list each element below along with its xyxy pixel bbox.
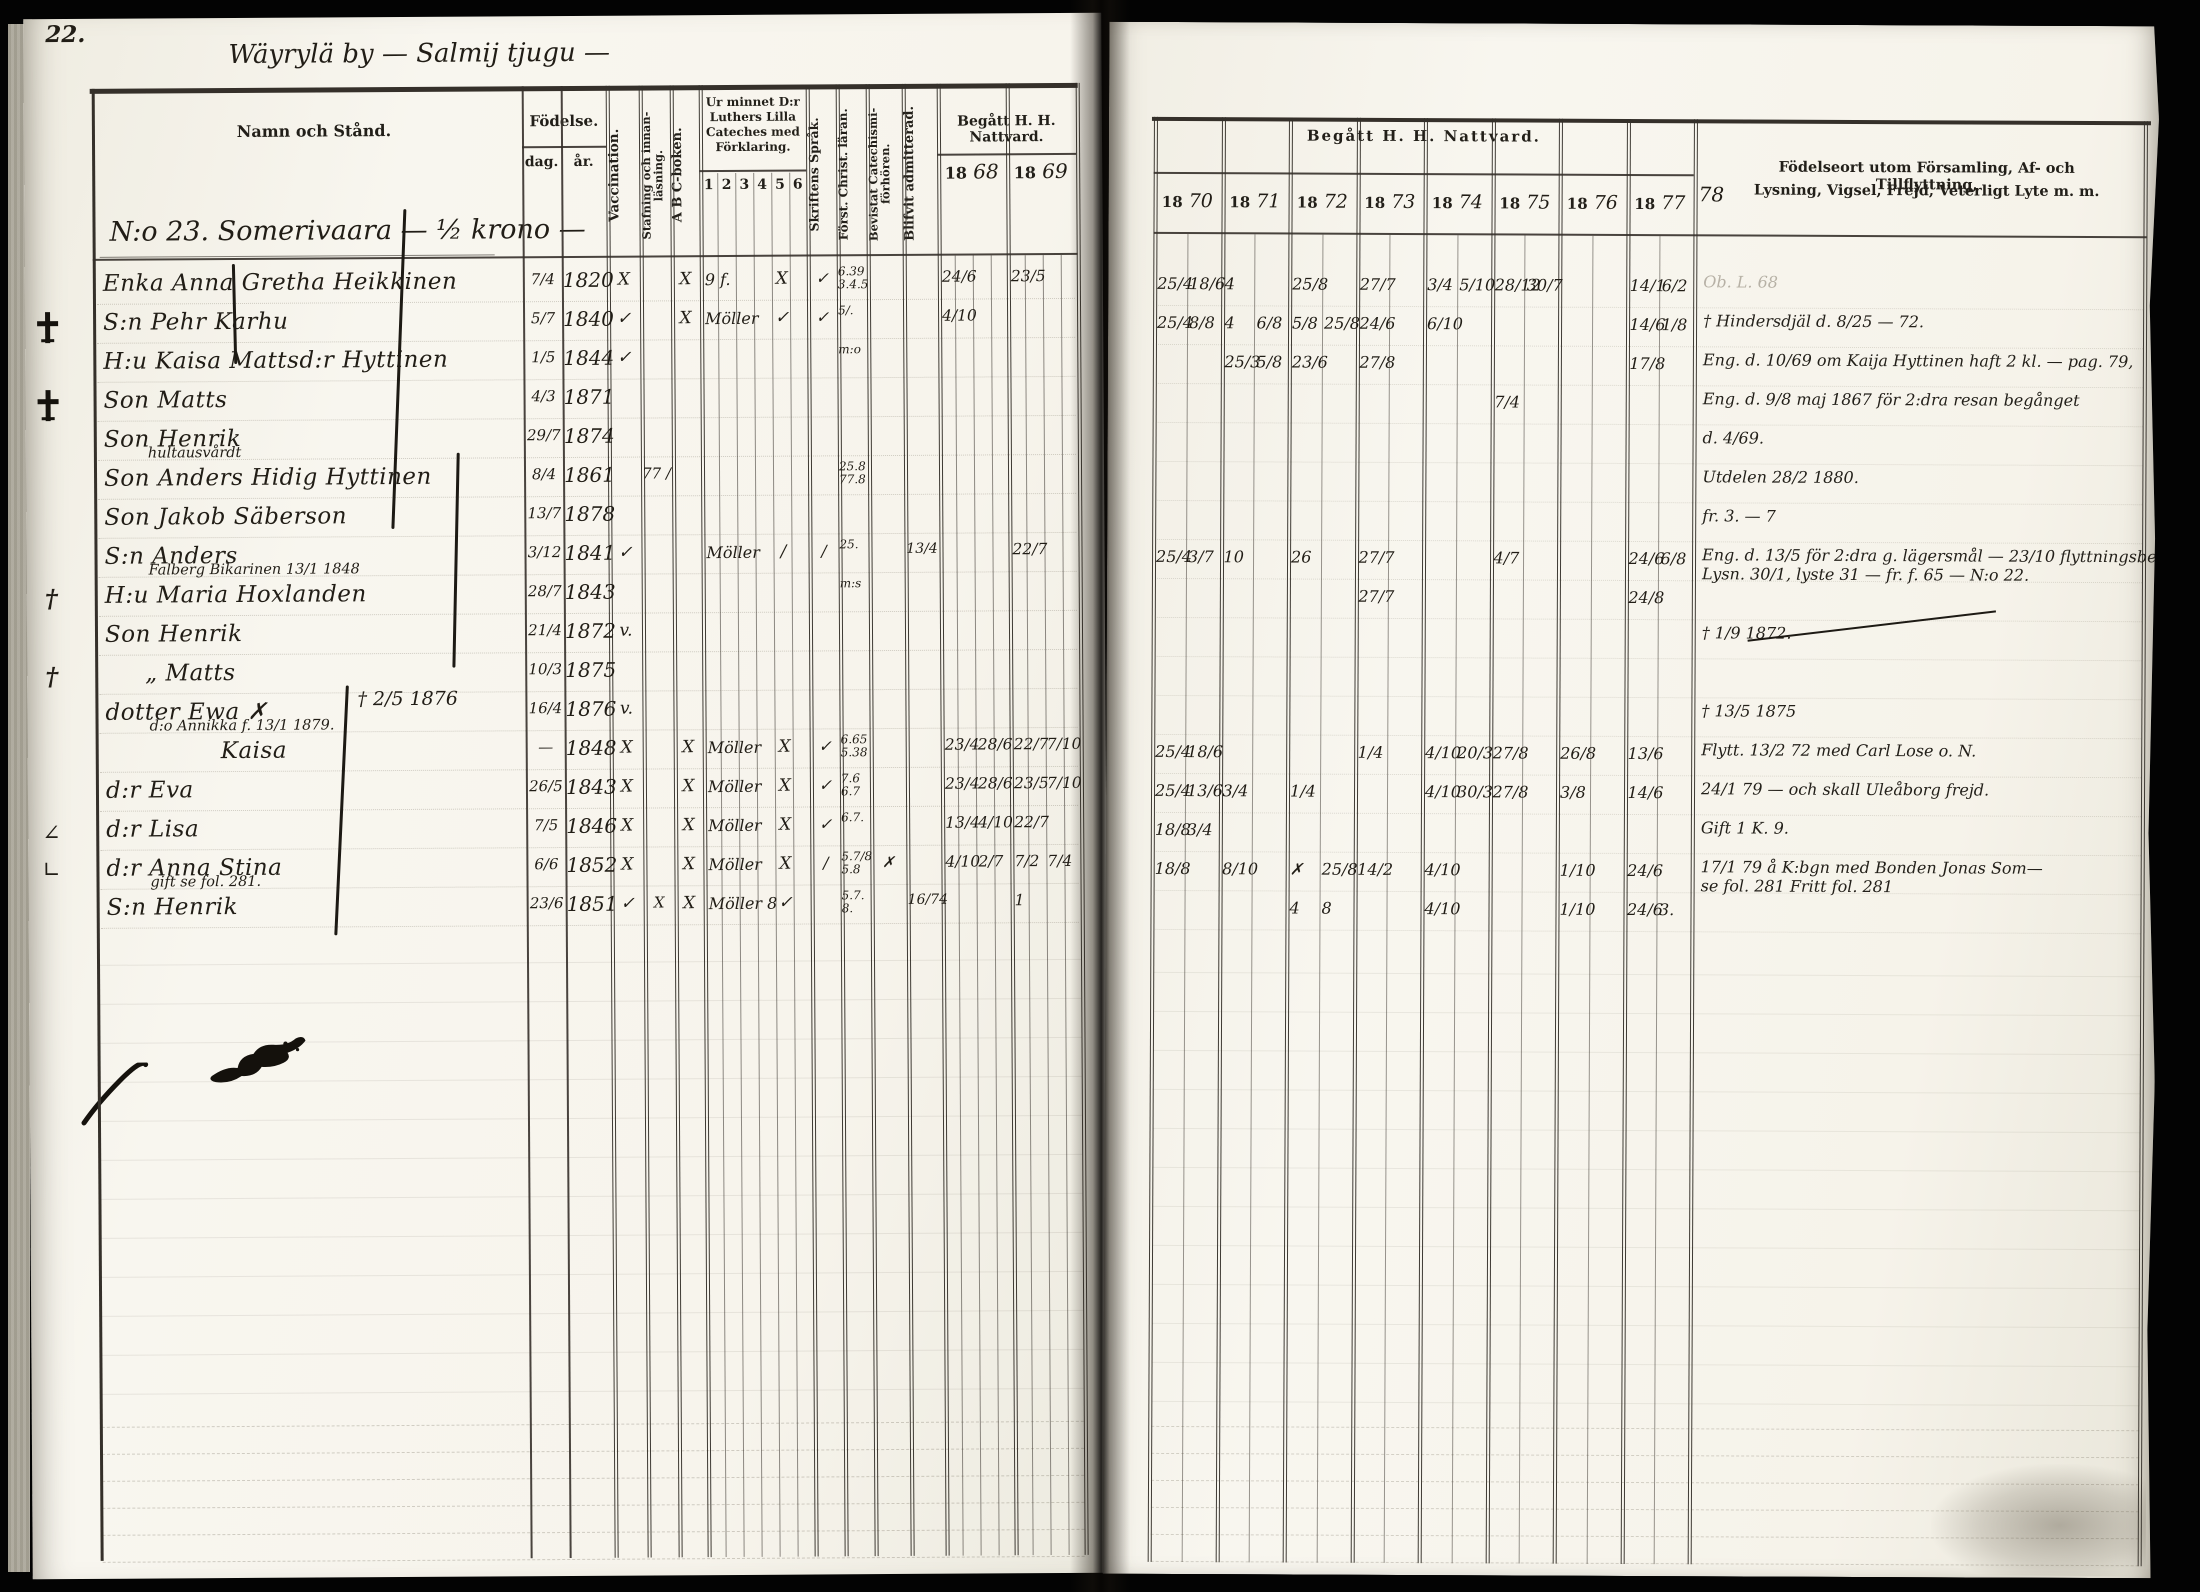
spelling-mark: 77 / xyxy=(641,464,672,482)
row-separator xyxy=(1156,773,2141,778)
communion-mark-1870: 18/8 xyxy=(1155,859,1191,878)
note-line: Eng. d. 10/69 om Kaija Hyttinen haft 2 k… xyxy=(1703,350,2134,371)
margin-cross-icon: † xyxy=(45,662,58,691)
scanned-parish-register: 22. Wäyrylä by — Salmij tjugu — Namn och… xyxy=(0,0,2200,1592)
communion-mark-1876: 1/10 xyxy=(1560,861,1596,880)
communion-mark-1869: 23/5 xyxy=(1014,774,1049,792)
entry-name: H:u Maria Hoxlanden xyxy=(105,581,367,609)
year-1868: 18 68 xyxy=(937,159,1006,183)
communion-mark-1874: 4/10 xyxy=(1424,899,1460,918)
vaccination-mark: X xyxy=(609,270,639,290)
entry-name-secondary: gift se fol. 281. xyxy=(150,874,261,891)
note-line: se fol. 281 Fritt fol. 281 xyxy=(1701,876,1894,896)
right-year-1872: 18 72 xyxy=(1289,191,1357,213)
communion-mark-1870: 25/4 xyxy=(1155,742,1191,761)
communion-mark-1877: 24/8 xyxy=(1628,588,1664,607)
row-separator xyxy=(1156,734,2141,739)
doctrine-grade: 6.65 5.38 xyxy=(841,733,871,758)
faint-rule xyxy=(102,1448,1084,1455)
right-year-part: 77 xyxy=(1655,192,1685,214)
row-separator xyxy=(97,298,1075,305)
communion-mark-1869: 7/4 xyxy=(1047,852,1072,870)
birth-year: 1846 xyxy=(566,814,610,838)
right-year-part: 18 xyxy=(1499,194,1520,212)
column-line xyxy=(991,255,1000,1555)
catechism-mark: Möller xyxy=(708,816,761,835)
margin-corner-icon: ∟ xyxy=(42,858,61,883)
abc-mark: X xyxy=(674,815,703,835)
note-line: Eng. d. 13/5 för 2:dra g. lägersmål — 23… xyxy=(1702,545,2159,566)
scripture-mark: ✓ xyxy=(808,307,837,326)
admitted-mark: 16/74 xyxy=(908,892,941,908)
faint-rule xyxy=(102,1388,1084,1395)
rule-line xyxy=(1153,232,2146,238)
communion-mark-1868: 4/10 xyxy=(978,813,1013,831)
communion-mark-1872: 4 xyxy=(1289,899,1299,918)
entry-name: Son Matts xyxy=(103,387,227,414)
vaccination-mark: v. xyxy=(611,621,641,641)
faint-rule xyxy=(103,1556,1085,1563)
communion-mark-1875: 4/7 xyxy=(1494,548,1520,567)
row-separator xyxy=(1157,656,2142,661)
communion-mark-1869: 22/7 xyxy=(1014,735,1049,753)
communion-mark-1873: 27/7 xyxy=(1359,548,1395,567)
folio-number: 22. xyxy=(45,21,85,48)
faint-rule xyxy=(102,1475,1084,1482)
row-separator xyxy=(100,805,1078,812)
row-separator xyxy=(1158,305,2143,310)
catechism-col-3: 3 xyxy=(736,177,753,193)
handwritten-title: Wäyrylä by — Salmij tjugu — xyxy=(228,38,610,70)
entry-name: Son Henrik xyxy=(105,621,243,648)
rule-line xyxy=(90,83,1078,94)
birth-day: 21/4 xyxy=(527,621,563,639)
communion-mark-1868: 23/4 xyxy=(945,735,980,753)
birth-day: 16/4 xyxy=(527,699,563,717)
faint-rule xyxy=(1152,1284,2140,1289)
doctrine-grade: 25. xyxy=(839,538,869,551)
communion-mark-1869: 22/7 xyxy=(1012,540,1047,558)
right-year-part: 75 xyxy=(1520,192,1550,214)
scripture-mark: ✓ xyxy=(808,268,837,287)
abc-mark: X xyxy=(674,737,703,757)
right-year-part: 18 xyxy=(1162,193,1183,211)
catechism-mark: Möller xyxy=(708,738,761,757)
communion-mark-1871: 10 xyxy=(1224,547,1244,566)
faint-rule xyxy=(103,1529,1085,1536)
communion-mark-1877: 3. xyxy=(1659,900,1674,919)
birth-day: 6/6 xyxy=(528,855,564,873)
doctrine-grade: 25.8 77.8 xyxy=(839,460,869,485)
communion-mark-1868: 13/4 xyxy=(945,813,980,831)
doctrine-grade: 6.39 3.4.5 xyxy=(838,265,868,290)
communion-mark-1875: 30/7 xyxy=(1527,276,1563,295)
communion-mark-1876: 26/8 xyxy=(1560,744,1596,763)
catechism-col5-mark: X xyxy=(776,815,794,835)
faint-rule xyxy=(1152,1362,2140,1367)
note-line: 24/1 79 — och skall Uleåborg frejd. xyxy=(1701,779,1989,799)
abc-mark: X xyxy=(671,269,700,289)
communion-mark-1871: 25/3 xyxy=(1224,352,1260,371)
row-separator xyxy=(98,532,1076,539)
row-separator xyxy=(1158,422,2143,427)
communion-mark-1870: 3/4 xyxy=(1187,820,1213,839)
birth-day: 13/7 xyxy=(526,504,562,522)
birth-day: 7/4 xyxy=(525,270,561,288)
birth-day: 1/5 xyxy=(525,348,561,366)
right-year-part: 76 xyxy=(1588,192,1618,214)
entry-name: S:n Pehr Karhu xyxy=(103,309,288,336)
right-year-1874: 18 74 xyxy=(1424,191,1492,213)
faint-rule xyxy=(101,1349,1083,1356)
catechism-col5-mark: X xyxy=(776,776,794,796)
paper-smudge xyxy=(1931,1463,2146,1576)
faint-rule xyxy=(101,1310,1083,1317)
row-separator xyxy=(1157,539,2142,544)
birth-day: 8/4 xyxy=(526,465,562,483)
communion-mark-1877: 17/8 xyxy=(1629,354,1665,373)
communion-mark-1873: 14/2 xyxy=(1357,860,1393,879)
communion-mark-1872: 25/8 xyxy=(1324,314,1360,333)
communion-mark-1873: 27/7 xyxy=(1360,275,1396,294)
faint-rule xyxy=(101,1271,1083,1278)
note-line: Utdelen 28/2 1880. xyxy=(1702,467,1859,487)
right-year-part: 18 xyxy=(1634,195,1655,213)
doctrine-grade: 6.7. xyxy=(841,811,871,824)
communion-mark-1873: 27/7 xyxy=(1358,587,1394,606)
birth-year: 1878 xyxy=(564,502,608,526)
margin-cross-icon: † xyxy=(45,584,58,613)
column-line xyxy=(1025,255,1034,1555)
note-line: Eng. d. 9/8 maj 1867 för 2:dra resan beg… xyxy=(1703,389,2080,410)
right-year-1877: 18 77 xyxy=(1626,192,1694,214)
faint-rule xyxy=(100,1115,1082,1122)
left-page: 22. Wäyrylä by — Salmij tjugu — Namn och… xyxy=(23,13,1111,1580)
right-year-part: 71 xyxy=(1250,190,1280,212)
column-line xyxy=(1061,255,1070,1555)
communion-mark-1871: 6/8 xyxy=(1257,313,1283,332)
scripture-mark: / xyxy=(811,853,840,872)
communion-mark-1871: 5/8 xyxy=(1256,352,1282,371)
communion-mark-1872: 25/8 xyxy=(1292,275,1328,294)
communion-mark-1868: 23/4 xyxy=(945,774,980,792)
crossing-stroke xyxy=(452,453,459,668)
catechism-col5-mark: X xyxy=(776,854,794,874)
communion-mark-1872: 1/4 xyxy=(1290,782,1316,801)
column-line xyxy=(955,256,964,1556)
communion-mark-1872: ✗ xyxy=(1290,860,1303,879)
communion-mark-1869: 22/7 xyxy=(1014,813,1049,831)
faint-rule xyxy=(100,1154,1082,1161)
right-year-part: 18 xyxy=(1567,195,1588,213)
communion-mark-1870: 25/4 xyxy=(1157,313,1193,332)
entry-death-note: † 2/5 1876 xyxy=(357,688,458,711)
catechism-mark: Möller xyxy=(706,543,759,562)
entry-name-secondary: hultausvårdt xyxy=(148,445,242,462)
faint-rule xyxy=(1153,1089,2141,1094)
right-page: Begått H. H. Nattvard. Födelseort utom F… xyxy=(1103,22,2160,1579)
communion-mark-1875: 27/8 xyxy=(1493,743,1529,762)
note-line: 17/1 79 å K:bgn med Bonden Jonas Som— xyxy=(1701,857,2043,877)
communion-mark-1874: 6/10 xyxy=(1427,314,1463,333)
communion-mark-1874: 5/10 xyxy=(1459,275,1495,294)
communion-mark-1873: 1/4 xyxy=(1358,743,1384,762)
communion-mark-1870: 25/4 xyxy=(1156,547,1192,566)
abc-mark: X xyxy=(671,308,700,328)
communion-mark-1871: 8/10 xyxy=(1222,859,1258,878)
entry-name-secondary: d:o Annikka f. 13/1 1879. xyxy=(150,717,335,734)
communion-mark-1869: 7/2 xyxy=(1014,852,1039,870)
header-spelling: Stafning och innan-läsning. xyxy=(640,95,671,255)
row-separator xyxy=(1158,344,2143,349)
doctrine-grade: 5.7/8 5.8 xyxy=(841,850,871,875)
birth-day: 29/7 xyxy=(526,426,562,444)
row-separator xyxy=(1155,929,2140,934)
communion-mark-1877: 24/6 xyxy=(1627,861,1663,880)
communion-mark-1877: 13/6 xyxy=(1628,744,1664,763)
birth-year: 1874 xyxy=(564,424,608,448)
note-line: d. 4/69. xyxy=(1703,428,1765,447)
doctrine-grade: m:o xyxy=(838,343,868,356)
entry-name: „ Matts xyxy=(145,660,235,687)
header-birth-day: dag. xyxy=(522,154,561,170)
communion-mark-1877: 1/8 xyxy=(1662,315,1688,334)
row-separator xyxy=(1156,851,2141,856)
communion-mark-1873: 24/6 xyxy=(1360,314,1396,333)
row-separator xyxy=(99,610,1077,617)
catechism-col5-mark: X xyxy=(773,269,791,289)
abc-mark: X xyxy=(674,854,703,874)
row-separator xyxy=(1156,695,2141,700)
faint-rule xyxy=(102,1421,1084,1428)
communion-mark-1874: 4/10 xyxy=(1425,782,1461,801)
birth-day: 7/5 xyxy=(528,816,564,834)
note-line: † 13/5 1875 xyxy=(1701,701,1796,720)
margin-cross-icon xyxy=(38,390,60,422)
header-name: Namn och Stånd. xyxy=(174,121,454,142)
birth-day: — xyxy=(528,738,564,756)
row-separator xyxy=(1158,383,2143,388)
communion-mark-1870: 25/4 xyxy=(1155,781,1191,800)
row-separator xyxy=(98,454,1076,461)
catechism-col5-mark: X xyxy=(776,737,794,757)
birth-year: 1820 xyxy=(563,268,607,292)
faint-rule xyxy=(1151,1453,2139,1458)
communion-mark-1870: 18/8 xyxy=(1155,820,1191,839)
column-line xyxy=(973,256,982,1556)
communion-mark-1877: 14/6 xyxy=(1627,783,1663,802)
margin-cross-icon xyxy=(37,312,59,344)
catechism-mark: Möller 8 xyxy=(709,894,778,913)
birth-day: 23/6 xyxy=(529,894,565,912)
communion-mark-1868: 4/10 xyxy=(942,306,977,324)
birth-year: 1871 xyxy=(563,385,607,409)
faint-rule xyxy=(99,998,1081,1005)
row-separator xyxy=(99,649,1077,656)
communion-mark-1874: 20/3 xyxy=(1457,743,1493,762)
entry-name-secondary: Falberg Bikarinen 13/1 1848 xyxy=(149,561,360,578)
right-year-1875: 18 75 xyxy=(1491,191,1559,213)
faint-rule xyxy=(100,1193,1082,1200)
note-line: fr. 3. — 7 xyxy=(1702,506,1776,525)
row-separator xyxy=(97,337,1075,344)
right-year-part: 18 xyxy=(1229,193,1250,211)
right-year-1871: 18 71 xyxy=(1221,190,1289,212)
communion-mark-1874: 30/3 xyxy=(1457,782,1493,801)
pen-stroke xyxy=(80,1063,150,1127)
vaccination-mark: X xyxy=(612,855,642,875)
communion-mark-1875: 27/8 xyxy=(1492,782,1528,801)
birth-year: 1861 xyxy=(564,463,608,487)
right-notes-header-line2: Lysning, Vigsel, Frejd, Veterligt Lyte m… xyxy=(1727,181,2127,200)
communion-mark-1872: 23/6 xyxy=(1292,353,1328,372)
communion-mark-1869: 1 xyxy=(1015,891,1025,909)
vaccination-mark: X xyxy=(612,738,642,758)
abc-mark: X xyxy=(675,893,704,913)
birth-year: 1843 xyxy=(566,775,610,799)
row-separator xyxy=(1157,500,2142,505)
vaccination-mark: ✓ xyxy=(610,543,640,563)
header-vaccination: Vaccination. xyxy=(607,96,640,256)
communion-mark-1873: 27/8 xyxy=(1359,353,1395,372)
communion-mark-1870: 13/6 xyxy=(1187,781,1223,800)
catechism-col-2: 2 xyxy=(718,177,735,193)
faint-rule xyxy=(1151,1401,2139,1406)
row-separator xyxy=(98,493,1076,500)
vaccination-mark: ✓ xyxy=(613,894,643,914)
header-christian-doctrine: Först. Christ. läran. xyxy=(837,94,867,254)
faint-rule xyxy=(1152,1245,2140,1250)
row-separator xyxy=(1157,617,2142,622)
birth-year: 1872 xyxy=(565,619,609,643)
row-separator xyxy=(1157,461,2142,466)
doctrine-grade: m:s xyxy=(840,577,870,590)
vaccination-mark: X xyxy=(612,777,642,797)
communion-mark-1871: 4 xyxy=(1225,274,1235,293)
birth-year: 1851 xyxy=(567,892,611,916)
right-year-part: 18 xyxy=(1297,194,1318,212)
communion-mark-1868: 28/6 xyxy=(978,774,1013,792)
communion-mark-1876: 1/10 xyxy=(1559,900,1595,919)
right-year-1870: 18 70 xyxy=(1154,190,1222,212)
communion-mark-1870: 8/8 xyxy=(1189,313,1215,332)
faint-rule xyxy=(1153,1050,2141,1055)
communion-mark-1877: 24/6 xyxy=(1629,549,1665,568)
faint-rule xyxy=(102,1502,1084,1509)
note-line: Gift 1 K. 9. xyxy=(1701,818,1789,837)
faint-rule xyxy=(99,959,1081,966)
entry-name: S:n Henrik xyxy=(107,894,239,921)
birth-year: 1848 xyxy=(566,736,610,760)
communion-mark-1872: 5/8 xyxy=(1292,314,1318,333)
communion-mark-1875: 7/4 xyxy=(1494,392,1520,411)
communion-mark-1874: 3/4 xyxy=(1427,275,1453,294)
catechism-col5-mark: ✓ xyxy=(777,893,795,913)
catechism-mark: Möller xyxy=(708,855,761,874)
entry-name: Son Anders Hidig Hyttinen xyxy=(104,464,432,492)
right-year-1873: 18 73 xyxy=(1356,191,1424,213)
year-1869: 18 69 xyxy=(1006,159,1075,183)
right-year-1876: 18 76 xyxy=(1559,192,1627,214)
faint-rule xyxy=(1153,1011,2141,1016)
communion-mark-1870: 18/6 xyxy=(1189,274,1225,293)
year-1869-part: 69 xyxy=(1036,159,1068,183)
faint-rule xyxy=(1153,1128,2141,1133)
abc-mark: X xyxy=(674,776,703,796)
year-1868-part: 18 xyxy=(945,164,967,183)
scripture-mark: / xyxy=(809,541,838,560)
entry-name: d:r Lisa xyxy=(106,816,199,843)
rule-line xyxy=(699,170,806,172)
vaccination-mark: ✓ xyxy=(609,348,639,368)
birth-year: 1852 xyxy=(566,853,610,877)
faint-rule xyxy=(1152,1206,2140,1211)
communion-mark-1877: 6/2 xyxy=(1662,276,1688,295)
note-line: † Hindersdjäl d. 8/25 — 72. xyxy=(1703,311,1924,331)
communion-mark-1869: 23/5 xyxy=(1011,267,1046,285)
communion-mark-1868: 4/10 xyxy=(945,852,980,870)
communion-mark-1870: 3/7 xyxy=(1188,547,1214,566)
birth-year: 1843 xyxy=(565,580,609,604)
communion-mark-1877: 6/8 xyxy=(1661,549,1687,568)
right-year-part: 70 xyxy=(1183,190,1213,212)
faint-rule xyxy=(101,1232,1083,1239)
birth-day: 4/3 xyxy=(526,387,562,405)
faint-rule xyxy=(1153,972,2141,977)
right-year-part: 72 xyxy=(1318,191,1348,213)
entry-name: Kaisa xyxy=(221,738,287,764)
rule-line xyxy=(1152,117,2151,125)
communion-mark-1877: 14/1 xyxy=(1630,276,1666,295)
faint-rule xyxy=(1151,1426,2139,1431)
birth-year: 1876 xyxy=(565,697,609,721)
exam-mark: ✗ xyxy=(871,853,905,871)
birth-year: 1875 xyxy=(565,658,609,682)
catechism-col5-mark: / xyxy=(774,542,792,562)
row-separator xyxy=(98,415,1076,422)
scripture-mark: ✓ xyxy=(811,736,840,755)
note-line: Flytt. 13/2 72 med Carl Lose o. N. xyxy=(1701,740,1976,760)
scripture-mark: ✓ xyxy=(811,775,840,794)
communion-mark-1868: 28/6 xyxy=(978,735,1013,753)
communion-mark-1876: 3/8 xyxy=(1560,783,1586,802)
birth-year: 1841 xyxy=(564,541,608,565)
row-separator xyxy=(1156,890,2141,895)
year-1869-part: 18 xyxy=(1014,163,1036,182)
vaccination-mark: ✓ xyxy=(609,309,639,329)
communion-mark-1874: 4/10 xyxy=(1425,860,1461,879)
catechism-col-4: 4 xyxy=(754,177,771,193)
faint-rule xyxy=(1152,1323,2140,1328)
doctrine-grade: 5.7. 8. xyxy=(842,889,872,914)
entry-name: d:r Eva xyxy=(106,777,194,804)
birth-day: 26/5 xyxy=(528,777,564,795)
header-attended-exams: Bevistat Catechismi-förhören. xyxy=(867,94,903,254)
page-gutter xyxy=(1070,0,1130,1592)
header-birth: Födelse. xyxy=(522,112,606,131)
catechism-col5-mark: ✓ xyxy=(773,308,791,328)
header-scripture-language: Skriftens Språk. xyxy=(807,94,837,254)
household-heading: N:o 23. Somerivaara — ½ krono — xyxy=(109,214,585,248)
row-separator xyxy=(100,766,1078,773)
year-1868-part: 68 xyxy=(967,159,999,183)
catechism-mark: Möller xyxy=(705,309,758,328)
catechism-col-5: 5 xyxy=(771,177,788,193)
communion-mark-1871: 3/4 xyxy=(1222,781,1248,800)
scripture-mark: ✓ xyxy=(811,814,840,833)
communion-mark-1872: 26 xyxy=(1291,548,1311,567)
header-catechism: Ur minnet D:r Luthers Lilla Cateches med… xyxy=(700,95,806,156)
